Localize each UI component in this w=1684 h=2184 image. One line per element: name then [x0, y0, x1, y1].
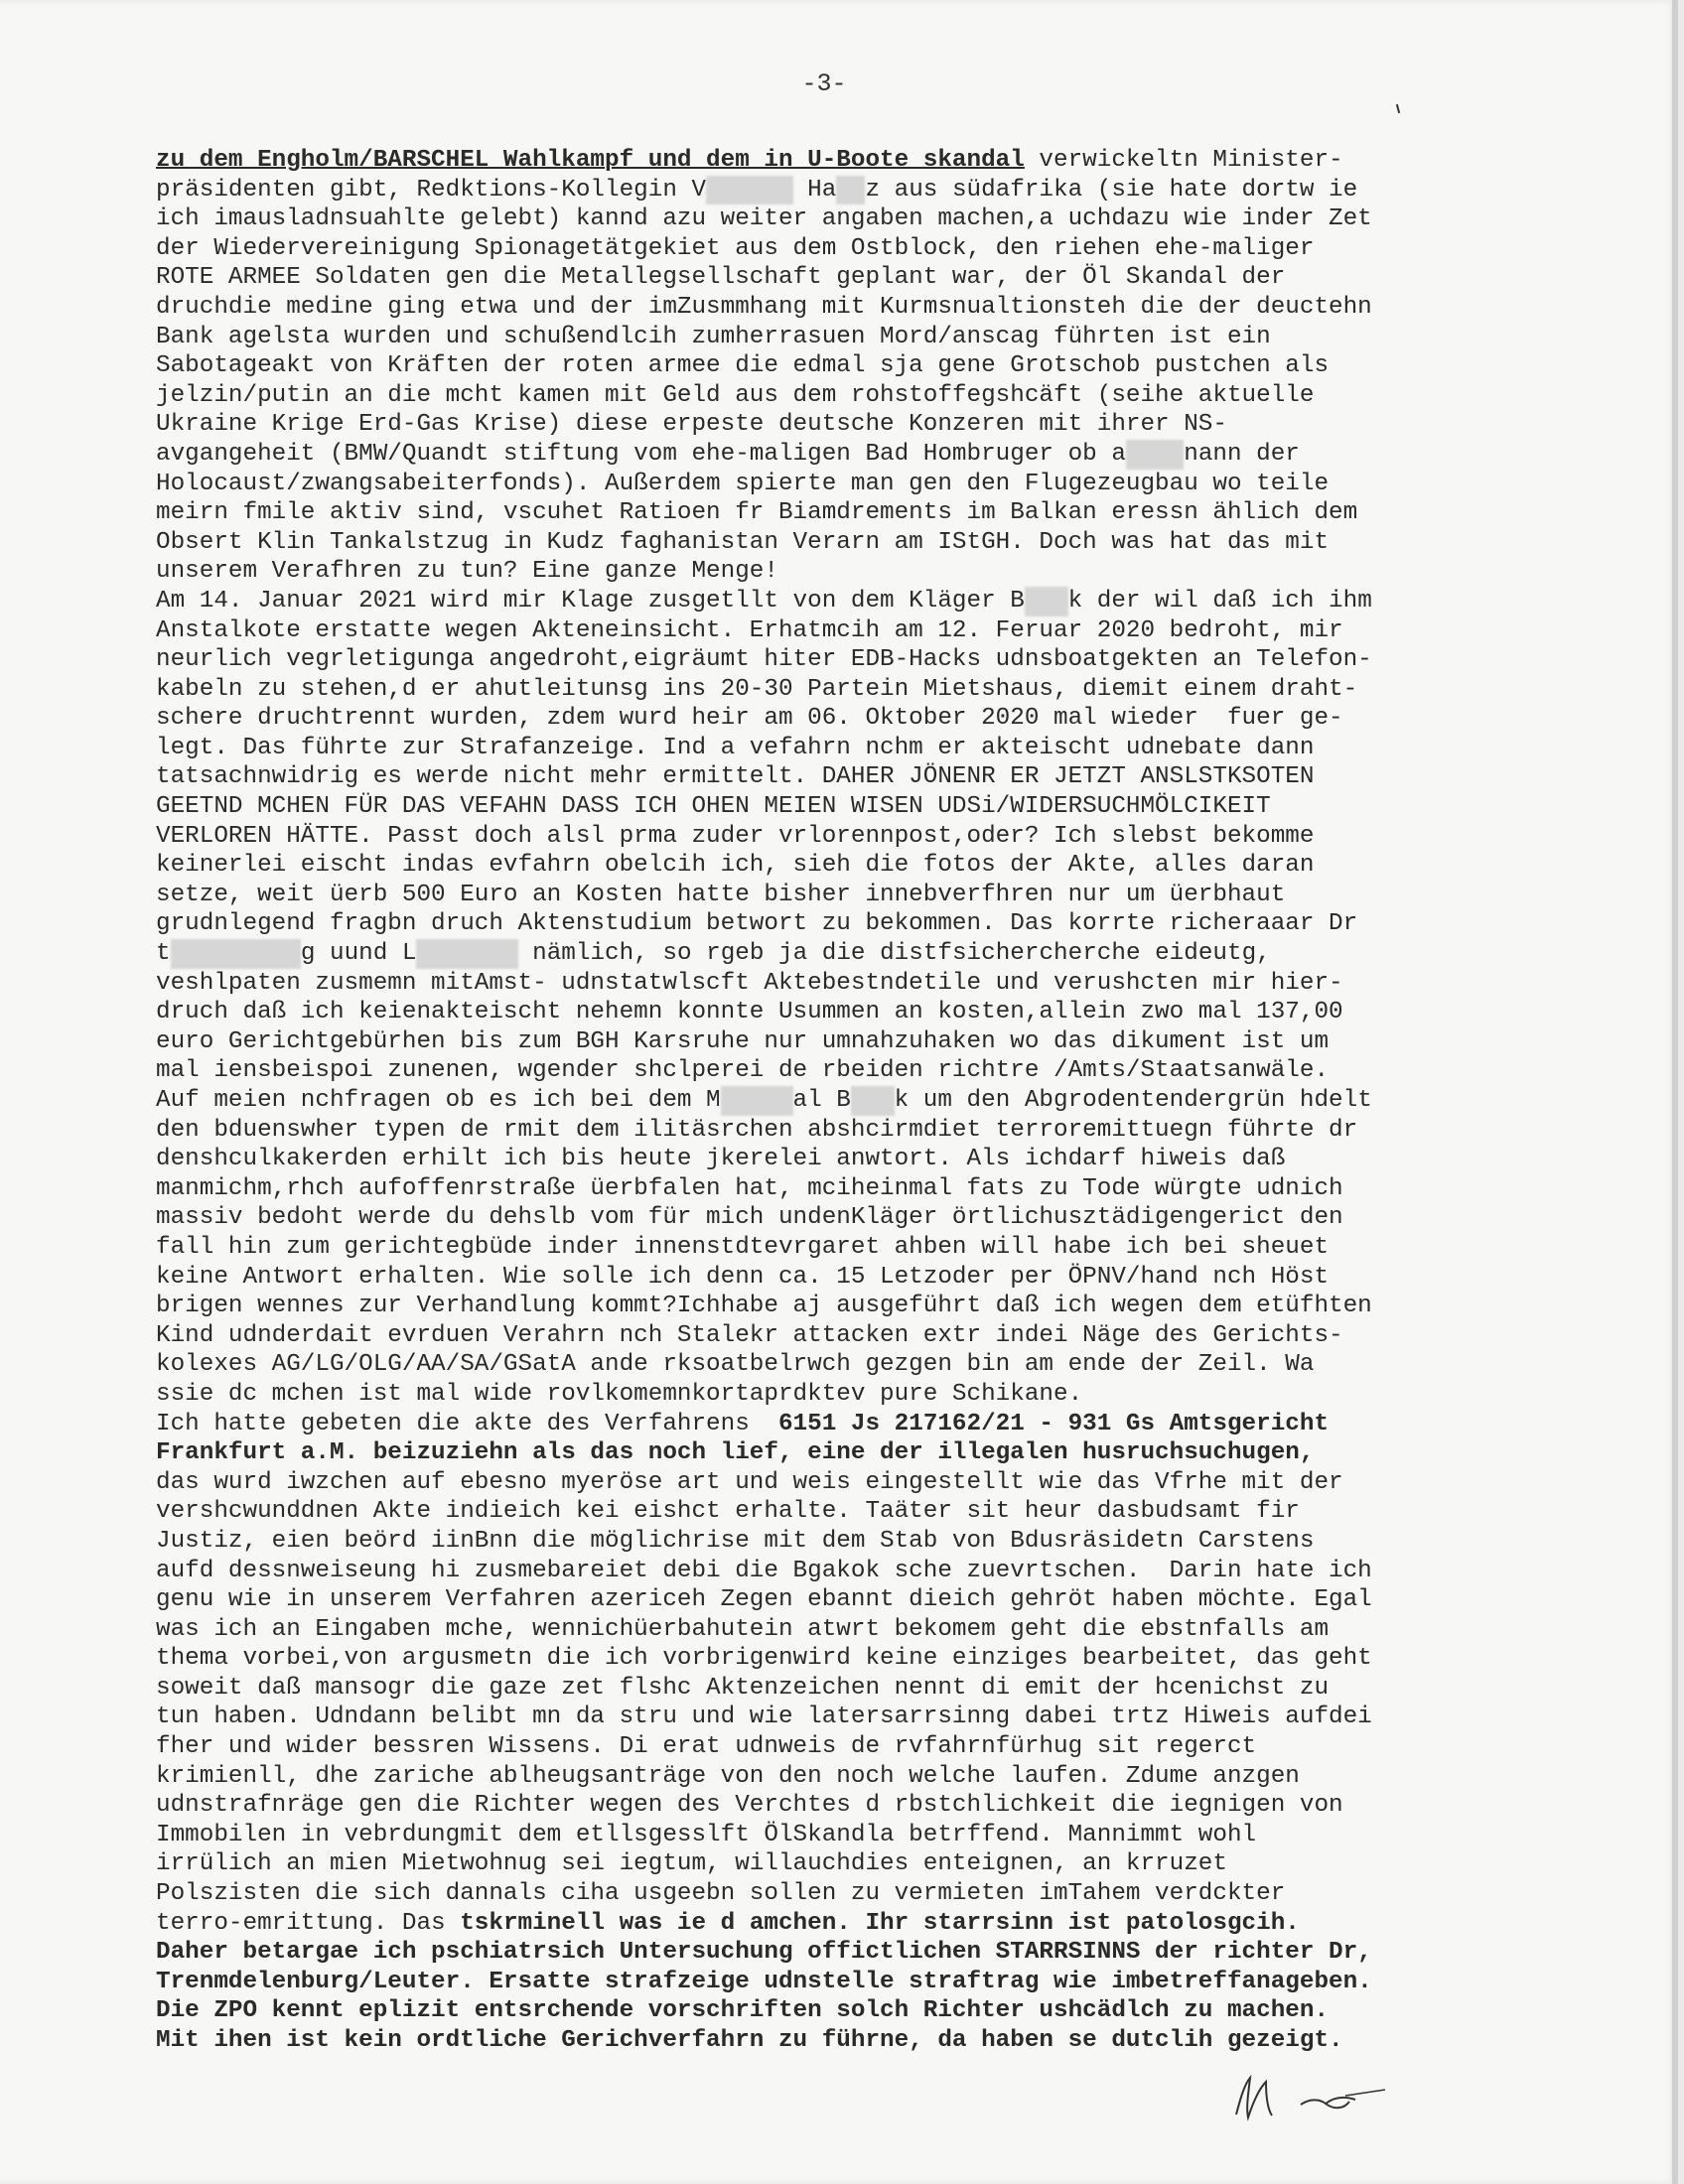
text-line: Am 14. Januar 2021 wird mir Klage zusget… [156, 587, 1486, 616]
text-line: genu wie in unserem Verfahren azericeh Z… [156, 1585, 1486, 1615]
text-line: Anstalkote erstatte wegen Akteneinsicht.… [156, 616, 1486, 646]
redacted-text: xxxxxxxxx [171, 939, 301, 969]
text-line: Ich hatte gebeten die akte des Verfahren… [156, 1410, 1486, 1439]
text-line: kabeln zu stehen,d er ahutleitunsg ins 2… [156, 675, 1486, 705]
text-line: veshlpaten zusmemn mitAmst- udnstatwlscf… [156, 969, 1486, 999]
text-line: denshculkakerden erhilt ich bis heute jk… [156, 1145, 1486, 1174]
letter-body: zu dem Engholm/BARSCHEL Wahlkampf und de… [156, 146, 1486, 2056]
text-line: Polszisten die sich dannals ciha usgeebn… [156, 1879, 1486, 1909]
text-line: Daher betargae ich pschiatrsich Untersuc… [156, 1938, 1486, 1968]
redacted-text: xxxxxx [706, 176, 792, 205]
text-line: legt. Das führte zur Strafanzeige. Ind a… [156, 734, 1486, 763]
text-line: thema vorbei,von argusmetn die ich vorbr… [156, 1644, 1486, 1674]
text-line: Obsert Klin Tankalstzug in Kudz faghanis… [156, 528, 1486, 558]
text-line: txxxxxxxxxg uund Lxxxxxxx nämlich, so rg… [156, 939, 1486, 969]
text-line: massiv bedoht werde du dehslb vom für mi… [156, 1203, 1486, 1233]
page-number: -3- [0, 69, 1648, 98]
redacted-text: xxxx [1126, 440, 1184, 470]
text-line: Justiz, eien beörd iinBnn die möglichris… [156, 1527, 1486, 1557]
redacted-text: xx [836, 176, 865, 205]
text-line: grudnlegend fragbn druch Aktenstudium be… [156, 909, 1486, 939]
page-edge [1672, 0, 1678, 2184]
text-line: ssie dc mchen ist mal wide rovlkomemnkor… [156, 1380, 1486, 1410]
text-line: der Wiedervereinigung Spionagetätgekiet … [156, 234, 1486, 264]
text-line: was ich an Eingaben mche, wennichüerbahu… [156, 1615, 1486, 1645]
text-line: Bank agelsta wurden und schußendlcih zum… [156, 323, 1486, 352]
text-line: aufd dessnweiseung hi zusmebareiet debi … [156, 1557, 1486, 1586]
redacted-text: xxxxx [721, 1086, 793, 1116]
text-line: setze, weit üerb 500 Euro an Kosten hatt… [156, 881, 1486, 910]
text-line: Kind udnderdait evrduen Verahrn nch Stal… [156, 1321, 1486, 1351]
text-line: ROTE ARMEE Soldaten gen die Metallegsell… [156, 263, 1486, 293]
text-line: krimienll, dhe zariche ablheugsanträge v… [156, 1762, 1486, 1792]
text-line: unserem Verafhren zu tun? Eine ganze Men… [156, 557, 1486, 587]
text-line: mal iensbeispoi zunenen, wgender shclper… [156, 1056, 1486, 1086]
text-line: präsidenten gibt, Redktions-Kollegin Vxx… [156, 176, 1486, 205]
text-line: Trenmdelenburg/Leuter. Ersatte strafzeig… [156, 1968, 1486, 1997]
text-line: zu dem Engholm/BARSCHEL Wahlkampf und de… [156, 146, 1486, 176]
text-line: brigen wennes zur Verhandlung kommt?Ichh… [156, 1292, 1486, 1321]
text-line: Immobilen in vebrdungmit dem etllsgesslf… [156, 1821, 1486, 1850]
text-line: ich imausladnsuahlte gelebt) kannd azu w… [156, 205, 1486, 234]
signature-icon [1226, 2060, 1455, 2129]
text-line: VERLOREN HÄTTE. Passt doch alsl prma zud… [156, 822, 1486, 852]
redacted-text: xxx [851, 1086, 895, 1116]
text-line: vershcwunddnen Akte indieich kei eishct … [156, 1497, 1486, 1527]
text-line: GEETND MCHEN FÜR DAS VEFAHN DASS ICH OHE… [156, 792, 1486, 822]
redacted-text: xxx [1025, 587, 1068, 616]
text-line: Die ZPO kennt eplizit entsrchende vorsch… [156, 1996, 1486, 2026]
text-line: druch daß ich keienakteischt nehemn konn… [156, 998, 1486, 1027]
redacted-text: xxxxxxx [416, 939, 517, 969]
text-line: meirn fmile aktiv sind, vscuhet Ratioen … [156, 498, 1486, 528]
text-line: keinerlei eischt indas evfahrn obelcih i… [156, 851, 1486, 881]
scan-mark [1396, 104, 1400, 113]
text-line: Ukraine Krige Erd-Gas Krise) diese erpes… [156, 410, 1486, 440]
text-line: euro Gerichtgebürhen bis zum BGH Karsruh… [156, 1027, 1486, 1057]
text-line: fall hin zum gerichtegbüde inder innenst… [156, 1233, 1486, 1263]
text-line: tun haben. Udndann belibt mn da stru und… [156, 1703, 1486, 1732]
text-line: soweit daß mansogr die gaze zet flshc Ak… [156, 1674, 1486, 1704]
text-line: Auf meien nchfragen ob es ich bei dem Mx… [156, 1086, 1486, 1116]
text-line: druchdie medine ging etwa und der imZusm… [156, 293, 1486, 323]
text-line: kolexes AG/LG/OLG/AA/SA/GSatA ande rksoa… [156, 1350, 1486, 1380]
document-page: -3- zu dem Engholm/BARSCHEL Wahlkampf un… [0, 0, 1678, 2184]
text-line: jelzin/putin an die mcht kamen mit Geld … [156, 381, 1486, 411]
text-line: neurlich vegrletigunga angedroht,eigräum… [156, 645, 1486, 675]
text-line: Frankfurt a.M. beizuziehn als das noch l… [156, 1438, 1486, 1468]
text-line: manmichm,rhch aufoffenrstraße üerbfalen … [156, 1174, 1486, 1204]
text-line: fher und wider bessren Wissens. Di erat … [156, 1732, 1486, 1762]
text-line: den bduenswher typen de rmit dem ilitäsr… [156, 1116, 1486, 1146]
text-line: das wurd iwzchen auf ebesno myeröse art … [156, 1468, 1486, 1498]
text-line: Mit ihen ist kein ordtliche Gerichverfah… [156, 2026, 1486, 2056]
text-line: irrülich an mien Mietwohnug sei iegtum, … [156, 1849, 1486, 1879]
text-line: schere druchtrennt wurden, zdem wurd hei… [156, 704, 1486, 734]
text-line: tatsachnwidrig es werde nicht mehr ermit… [156, 762, 1486, 792]
text-line: Holocaust/zwangsabeiterfonds). Außerdem … [156, 470, 1486, 499]
text-line: udnstrafnräge gen die Richter wegen des … [156, 1791, 1486, 1821]
text-line: terro-emrittung. Das tskrminell was ie d… [156, 1909, 1486, 1939]
text-line: avgangeheit (BMW/Quandt stiftung vom ehe… [156, 440, 1486, 470]
text-line: Sabotageakt von Kräften der roten armee … [156, 351, 1486, 381]
text-line: keine Antwort erhalten. Wie solle ich de… [156, 1263, 1486, 1293]
